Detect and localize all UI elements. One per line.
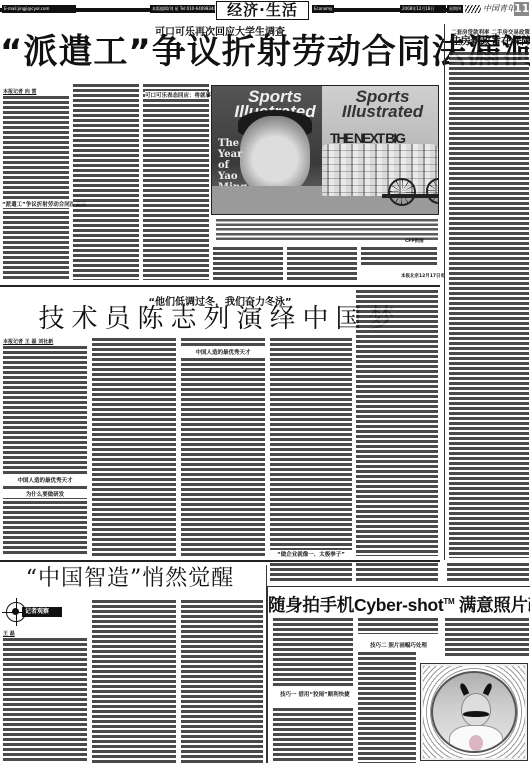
article1-col5-text [287, 247, 357, 280]
headline-tail: 满意照片改出来 [454, 595, 530, 615]
article2-continued-text [356, 563, 438, 581]
horn-icon [459, 682, 470, 695]
article2-subhead-2: 为什么要做研发 [3, 490, 87, 498]
article4-col2b-text [358, 652, 416, 763]
article3-col1-text [3, 638, 87, 763]
article2-subhead-1: 中国人造的最优秀天才 [3, 476, 87, 484]
section-english: Economy [312, 5, 334, 13]
article4-photo[interactable] [420, 663, 528, 761]
cover-face [240, 116, 310, 194]
horn-icon [483, 682, 494, 695]
masthead: E-mail:jingji@cyol.com 本版编辑/刘 星 Tel:010-… [0, 0, 530, 20]
article4-col1-text [273, 618, 353, 688]
article2-col2-text [92, 338, 176, 556]
right-column-rule [444, 24, 445, 560]
article4-col1b-text [273, 708, 353, 763]
article1-byline: 本报记者 向 雷 [3, 88, 36, 95]
photo-oval [431, 671, 517, 753]
article3-headline[interactable]: “中国智造”悄然觉醒 [0, 567, 260, 591]
section-divider [0, 285, 440, 287]
article2-continued-text [270, 563, 352, 581]
masthead-email: E-mail:jingji@cyol.com [2, 5, 76, 13]
article1-col1-text [3, 96, 69, 280]
mustache-icon [463, 711, 489, 717]
article4-col3-text [445, 618, 529, 658]
hatch-decoration-icon [465, 5, 481, 13]
article2-subhead-3: 中国人造的最优秀天才 [181, 348, 265, 356]
article1-headline[interactable]: “派遣工”争议折射劳动合同法漏洞 [0, 34, 440, 70]
magazine-left-cover-text: The Year of Yao Ming [218, 138, 246, 193]
right-column-text [449, 52, 529, 558]
article1-photo[interactable]: Sports Illustrated The Year of Yao Ming … [211, 85, 439, 215]
headline-main: 随身拍手机Cyber-shot [268, 595, 443, 615]
article1-subhead-1: “派遣工”争议折射劳动合同法漏洞 [2, 200, 70, 208]
section-title: 经济·生活 [216, 1, 309, 20]
article2-col3-text [181, 338, 265, 556]
article1-col3-text [143, 84, 209, 280]
column-label: 记者观察 [22, 607, 62, 617]
article1-photo-credit: CFP供图 [405, 238, 424, 244]
article3-col3-text [181, 600, 263, 763]
cargo-crates [322, 144, 438, 196]
article1-col6-text [361, 247, 437, 267]
article4-headline[interactable]: 随身拍手机Cyber-shotTM 满意照片改出来 [268, 592, 530, 615]
article2-subhead-4: “做企业就像一、太极拳子” [270, 550, 352, 558]
section-divider [0, 560, 440, 562]
article1-subhead-2: 可口可乐表态回应：将就事不作口水仗 [145, 91, 207, 99]
shirt-print [469, 735, 483, 751]
trademark-mark: TM [443, 597, 454, 606]
article2-byline: 本报记者 王 磊 刘社新 [3, 338, 53, 345]
page-number: 11 [514, 2, 529, 16]
article2-col4-text [270, 338, 352, 556]
article1-source: 本报北京12月17日电 [401, 273, 445, 279]
article2-col1-text [3, 346, 87, 556]
issue-date: 2008年12月18日 [400, 5, 446, 13]
article3-byline: 王 磊 [3, 630, 15, 637]
issue-weekday: 星期四 [447, 5, 463, 13]
cart-wheel-icon [388, 178, 416, 206]
article3-col2-text [92, 600, 176, 763]
article4-tip-1: 技巧一 借用“狡闹”顺利快捷 [280, 690, 350, 698]
right-column-continued-text [447, 563, 529, 581]
article4-tip-2: 技巧二 照片画幅巧处理 [370, 641, 427, 649]
right-column-headline[interactable]: 住房新政旨在保障自住 [450, 35, 530, 48]
article4-col2-text [358, 618, 438, 634]
article2-col5-text [356, 290, 438, 556]
masthead-editor-phone: 本版编辑/刘 星 Tel:010-64098340 [150, 5, 215, 13]
article1-col4-text [213, 247, 283, 280]
person-head [461, 693, 491, 727]
magazine-right-title: Sports Illustrated [330, 89, 435, 119]
column-rule [266, 565, 267, 763]
article1-col2-text [73, 84, 139, 280]
